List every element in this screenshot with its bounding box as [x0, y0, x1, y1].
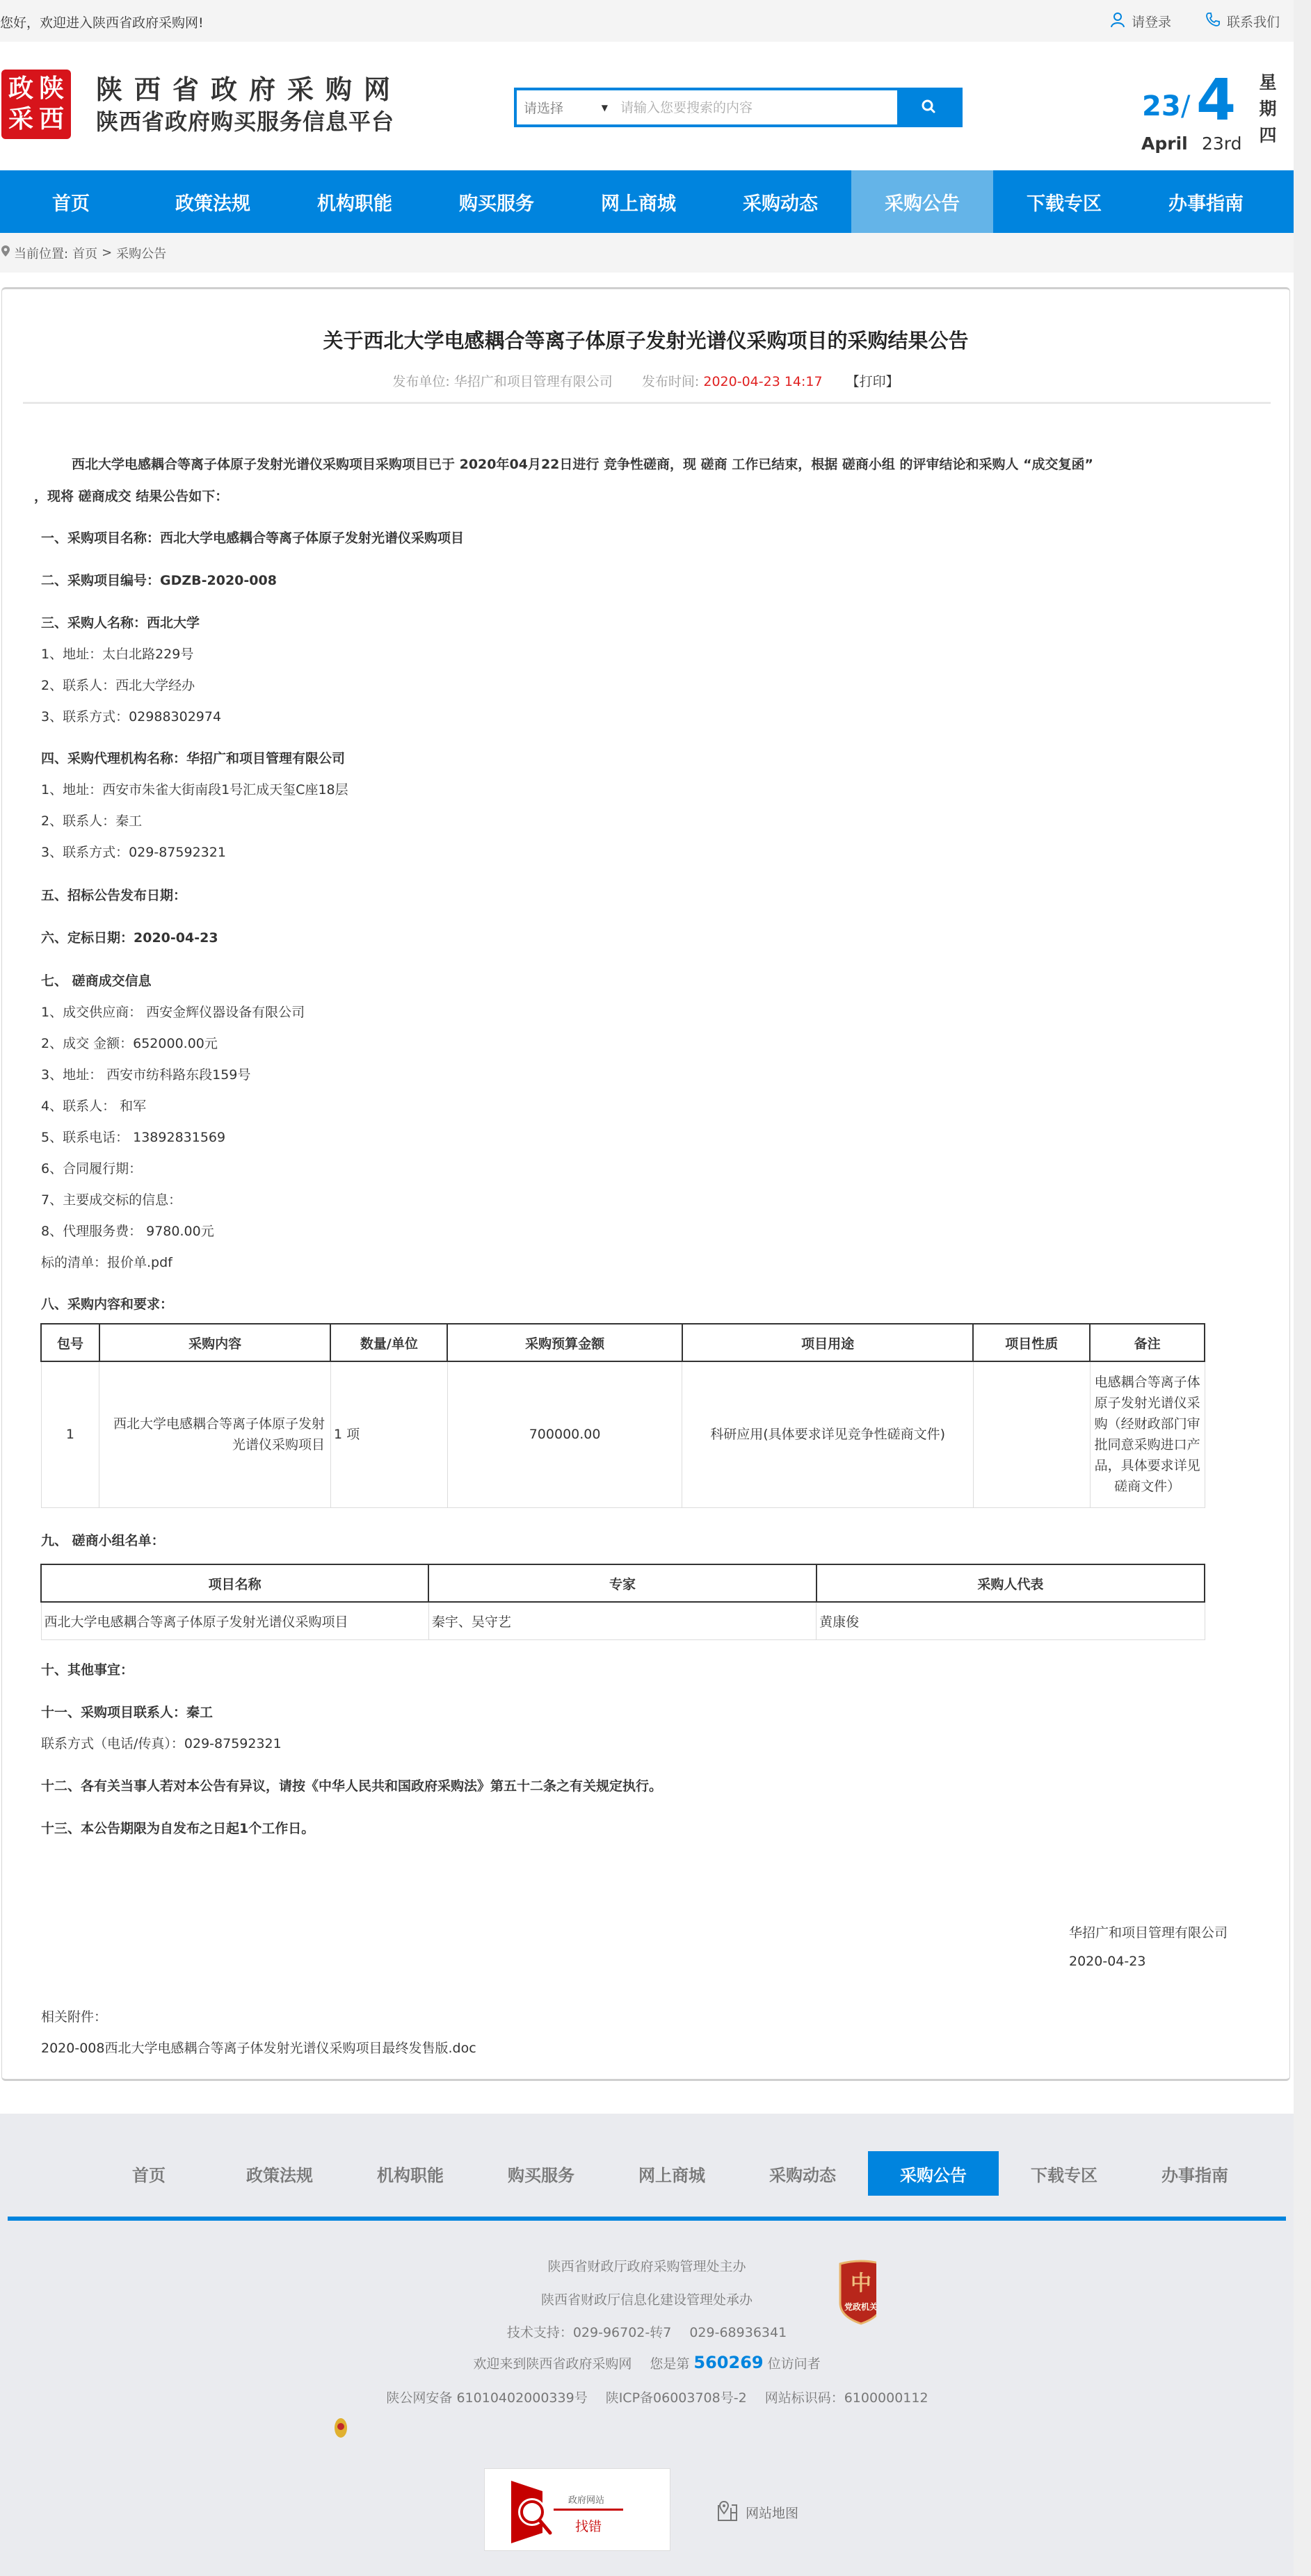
- logo-char: 政: [6, 74, 36, 104]
- tech-phone-1: 029-96702-转7: [573, 2325, 672, 2340]
- column-header: 专家: [428, 1564, 816, 1602]
- title-divider: [23, 402, 1271, 404]
- nav-item-online-mall[interactable]: 网上商城: [568, 170, 709, 233]
- visitor-suffix: 位访问者: [768, 2356, 821, 2372]
- column-header: 采购人代表: [817, 1564, 1205, 1602]
- publish-time-label: 发布时间:: [642, 374, 699, 389]
- section-11-contact: 联系方式（电话/传真）：029-87592321: [41, 1733, 282, 1752]
- section-3-item: 3、联系方式：02988302974: [41, 706, 221, 725]
- cell-project-name: 西北大学电感耦合等离子体原子发射光谱仪采购项目: [41, 1602, 428, 1639]
- footer-nav-announcements[interactable]: 采购公告: [868, 2151, 999, 2196]
- footer-nav-home[interactable]: 首页: [83, 2151, 214, 2196]
- section-7-item: 2、成交 金额：652000.00元: [41, 1033, 218, 1052]
- icp-record[interactable]: 陕ICP备06003708号-2: [606, 2390, 747, 2406]
- column-header: 备注: [1090, 1324, 1205, 1361]
- section-3: 三、采购人名称：西北大学: [41, 613, 200, 631]
- cell-content: 西北大学电感耦合等离子体原子发射光谱仪采购项目: [99, 1361, 331, 1507]
- column-header: 包号: [41, 1324, 99, 1361]
- nav-item-announcements[interactable]: 采购公告: [851, 170, 993, 233]
- sitemap-link[interactable]: 网站地图: [716, 2500, 798, 2525]
- column-header: 数量/单位: [330, 1324, 447, 1361]
- section-13: 十三、本公告期限为自发布之日起1个工作日。: [41, 1818, 314, 1837]
- cell-nature: [973, 1361, 1090, 1507]
- footer-nav-purchase-services[interactable]: 购买服务: [476, 2151, 606, 2196]
- item-list-label: 标的清单：: [41, 1255, 107, 1270]
- contact-link[interactable]: 联系我们: [1205, 11, 1280, 31]
- visitor-count: 560269: [693, 2353, 763, 2372]
- welcome-text: 您好，欢迎进入陕西省政府采购网!: [0, 13, 204, 31]
- footer-nav-downloads[interactable]: 下载专区: [999, 2151, 1129, 2196]
- footer-records: 陕公网安备 61010402000339号陕ICP备06003708号-2网站标…: [0, 2388, 1294, 2406]
- search-icon: [921, 99, 936, 117]
- cell-quantity: 1 项: [330, 1361, 447, 1507]
- tech-phone-2: 029-68936341: [689, 2325, 787, 2340]
- date-day: 23: [1142, 90, 1181, 122]
- signature-date: 2020-04-23: [1069, 1954, 1145, 1969]
- find-error-top: 政府网站: [568, 2493, 604, 2506]
- article-card: 关于西北大学电感耦合等离子体原子发射光谱仪采购项目的采购结果公告 发布单位: 华…: [1, 287, 1290, 2081]
- section-3-item: 1、地址：太白北路229号: [41, 644, 193, 663]
- footer-nav: 首页 政策法规 机构职能 购买服务 网上商城 采购动态 采购公告 下载专区 办事…: [83, 2151, 1260, 2196]
- breadcrumb-prefix: 当前位置:: [14, 244, 68, 262]
- tech-support-label: 技术支持：: [507, 2325, 573, 2340]
- section-4: 四、采购代理机构名称：华招广和项目管理有限公司: [41, 748, 345, 767]
- section-5: 五、招标公告发布日期：: [41, 885, 186, 904]
- intro-line-1: 西北大学电感耦合等离子体原子发射光谱仪采购项目采购项目已于 2020年04月22…: [72, 454, 1093, 473]
- section-4-item: 1、地址：西安市朱雀大街南段1号汇成天玺C座18层: [41, 779, 348, 798]
- weekday-char: 期: [1257, 96, 1278, 122]
- visitor-prefix: 欢迎来到陕西省政府采购网: [473, 2356, 632, 2372]
- footer-operator: 陕西省财政厅信息化建设管理处承办: [0, 2290, 1294, 2308]
- main-nav: 首页 政策法规 机构职能 购买服务 网上商城 采购动态 采购公告 下载专区 办事…: [0, 170, 1294, 233]
- police-badge-icon: [333, 2415, 348, 2440]
- breadcrumb-current[interactable]: 采购公告: [116, 244, 166, 262]
- search-button[interactable]: [897, 90, 960, 124]
- section-7-item: 3、地址： 西安市纺科路东段159号: [41, 1064, 250, 1083]
- breadcrumb-separator: >: [102, 245, 112, 260]
- site-name-secondary: 陕西省政府购买服务信息平台: [96, 106, 402, 137]
- table-row: 1 西北大学电感耦合等离子体原子发射光谱仪采购项目 1 项 700000.00 …: [41, 1361, 1205, 1507]
- date-month-name: April: [1141, 133, 1188, 154]
- footer-nav-online-mall[interactable]: 网上商城: [606, 2151, 737, 2196]
- footer-nav-functions[interactable]: 机构职能: [345, 2151, 476, 2196]
- footer-tech-support: 技术支持：029-96702-转7029-68936341: [0, 2322, 1294, 2341]
- police-record[interactable]: 陕公网安备 61010402000339号: [386, 2390, 587, 2406]
- nav-item-home[interactable]: 首页: [0, 170, 142, 233]
- date-slash: /: [1181, 90, 1190, 122]
- quote-pdf-link[interactable]: 报价单.pdf: [107, 1255, 172, 1270]
- footer-nav-guide[interactable]: 办事指南: [1129, 2151, 1260, 2196]
- section-4-item: 2、联系人：秦工: [41, 811, 142, 829]
- footer-nav-policies[interactable]: 政策法规: [214, 2151, 345, 2196]
- logo-char: 西: [36, 104, 67, 135]
- publisher-label: 发布单位:: [392, 374, 449, 389]
- party-government-emblem-icon[interactable]: 中 党政机关: [835, 2260, 865, 2325]
- section-9: 九、 磋商小组名单：: [41, 1530, 165, 1549]
- column-header: 项目名称: [41, 1564, 428, 1602]
- nav-item-purchase-services[interactable]: 购买服务: [426, 170, 568, 233]
- article-meta: 发布单位: 华招广和项目管理有限公司 发布时间: 2020-04-23 14:1…: [2, 371, 1289, 390]
- nav-item-guide[interactable]: 办事指南: [1135, 170, 1277, 233]
- sitemap-label: 网站地图: [746, 2503, 798, 2522]
- footer-host: 陕西省财政厅政府采购管理处主办: [0, 2256, 1294, 2275]
- site-name-primary: 陕西省政府采购网: [96, 73, 402, 106]
- weekday-char: 四: [1257, 122, 1278, 149]
- phone-icon: [1205, 11, 1221, 31]
- footer: 首页 政策法规 机构职能 购买服务 网上商城 采购动态 采购公告 下载专区 办事…: [0, 2114, 1294, 2576]
- find-error-bottom: 找错: [575, 2516, 602, 2535]
- section-3-item: 2、联系人：西北大学经办: [41, 675, 195, 694]
- cell-remarks: 电感耦合等离子体原子发射光谱仪采购（经财政部门审批同意采购进口产品，具体要求详见…: [1090, 1361, 1205, 1507]
- search-category-value: 请选择: [524, 98, 563, 117]
- section-7-item: 1、成交供应商： 西安金辉仪器设备有限公司: [41, 1002, 305, 1021]
- cell-budget: 700000.00: [447, 1361, 682, 1507]
- section-8: 八、采购内容和要求：: [41, 1294, 173, 1313]
- footer-visitor: 欢迎来到陕西省政府采购网您是第 560269 位访问者: [0, 2353, 1294, 2372]
- publish-time: 2020-04-23 14:17: [703, 374, 822, 389]
- section-11: 十一、采购项目联系人：秦工: [41, 1702, 213, 1721]
- map-icon: [716, 2500, 739, 2525]
- svg-text:中: 中: [851, 2271, 871, 2296]
- nav-item-downloads[interactable]: 下载专区: [993, 170, 1135, 233]
- table-row: 西北大学电感耦合等离子体原子发射光谱仪采购项目 秦宇、吴守艺 黄康俊: [41, 1602, 1205, 1639]
- page-scrollbar[interactable]: [1294, 0, 1311, 2576]
- column-header: 项目性质: [973, 1324, 1090, 1361]
- section-7-item: 6、合同履行期：: [41, 1158, 142, 1177]
- search-input[interactable]: [618, 90, 897, 124]
- breadcrumb: 当前位置: 首页 > 采购公告: [0, 233, 1294, 273]
- column-header: 项目用途: [682, 1324, 973, 1361]
- section-4-item: 3、联系方式：029-87592321: [41, 842, 226, 861]
- item-list: 标的清单：报价单.pdf: [41, 1252, 172, 1271]
- footer-divider: [8, 2217, 1286, 2221]
- nav-item-functions[interactable]: 机构职能: [284, 170, 426, 233]
- breadcrumb-home[interactable]: 首页: [72, 244, 97, 262]
- find-error-bar: [554, 2509, 623, 2511]
- section-7-item: 8、代理服务费： 9780.00元: [41, 1221, 214, 1240]
- date-display: 23 / 4 April 23rd 星 期 四: [1134, 70, 1294, 153]
- section-6: 六、定标日期：2020-04-23: [41, 927, 218, 946]
- svg-text:党政机关: 党政机关: [844, 2301, 876, 2312]
- attachment-link[interactable]: 2020-008西北大学电感耦合等离子体发射光谱仪采购项目最终发售版.doc: [41, 2038, 476, 2057]
- nav-item-procurement-news[interactable]: 采购动态: [709, 170, 851, 233]
- attachments-label: 相关附件：: [41, 2007, 107, 2025]
- page: 您好，欢迎进入陕西省政府采购网! 请登录 联系我们 政 陕 采 西: [0, 0, 1294, 2576]
- cell-package-no: 1: [41, 1361, 99, 1507]
- footer-nav-procurement-news[interactable]: 采购动态: [737, 2151, 868, 2196]
- site-name: 陕西省政府采购网 陕西省政府购买服务信息平台: [96, 73, 402, 137]
- section-1: 一、采购项目名称：西北大学电感耦合等离子体原子发射光谱仪采购项目: [41, 528, 464, 546]
- section-7-item: 5、联系电话： 13892831569: [41, 1127, 225, 1146]
- nav-item-policies[interactable]: 政策法规: [142, 170, 284, 233]
- search-bar: 请选择 ▼: [514, 88, 963, 127]
- print-button[interactable]: 【打印】: [846, 374, 899, 389]
- section-7: 七、 磋商成交信息: [41, 971, 152, 989]
- date-month: 4: [1196, 70, 1236, 132]
- cell-purchaser-rep: 黄康俊: [817, 1602, 1205, 1639]
- cell-purpose: 科研应用(具体要求详见竞争性磋商文件): [682, 1361, 973, 1507]
- search-category-select[interactable]: 请选择 ▼: [517, 90, 618, 124]
- login-link[interactable]: 请登录: [1109, 11, 1171, 31]
- site-logo[interactable]: 政 陕 采 西: [1, 70, 71, 139]
- visitor-mid: 您是第: [650, 2356, 689, 2372]
- column-header: 采购内容: [99, 1324, 331, 1361]
- user-icon: [1109, 11, 1126, 31]
- login-label: 请登录: [1132, 12, 1171, 31]
- contact-label: 联系我们: [1227, 12, 1280, 31]
- table-header-row: 包号 采购内容 数量/单位 采购预算金额 项目用途 项目性质 备注: [41, 1324, 1205, 1361]
- panel-table: 项目名称 专家 采购人代表 西北大学电感耦合等离子体原子发射光谱仪采购项目 秦宇…: [40, 1564, 1205, 1640]
- weekday-char: 星: [1257, 70, 1278, 96]
- signature-company: 华招广和项目管理有限公司: [1069, 1922, 1228, 1941]
- date-day-name: 23rd: [1202, 133, 1242, 154]
- publisher: 华招广和项目管理有限公司: [454, 374, 613, 389]
- procurement-table: 包号 采购内容 数量/单位 采购预算金额 项目用途 项目性质 备注 1 西北大学…: [40, 1323, 1205, 1508]
- column-header: 采购预算金额: [447, 1324, 682, 1361]
- table-header-row: 项目名称 专家 采购人代表: [41, 1564, 1205, 1602]
- location-pin-icon: [1, 245, 10, 260]
- top-links: 请登录 联系我们: [1109, 11, 1280, 31]
- section-7-item: 7、主要成交标的信息：: [41, 1190, 182, 1208]
- article-title: 关于西北大学电感耦合等离子体原子发射光谱仪采购项目的采购结果公告: [2, 325, 1289, 354]
- section-12: 十二、各有关当事人若对本公告有异议，请按《中华人民共和国政府采购法》第五十二条之…: [41, 1776, 662, 1795]
- section-7-item: 4、联系人： 和军: [41, 1096, 146, 1115]
- site-code: 网站标识码：6100000112: [765, 2390, 928, 2406]
- section-10: 十、其他事宜：: [41, 1660, 134, 1678]
- logo-char: 陕: [36, 74, 67, 104]
- top-bar: 您好，欢迎进入陕西省政府采购网! 请登录 联系我们: [0, 0, 1294, 42]
- cell-experts: 秦宇、吴守艺: [428, 1602, 816, 1639]
- section-2: 二、采购项目编号：GDZB-2020-008: [41, 570, 277, 589]
- logo-char: 采: [6, 104, 36, 135]
- find-error-button[interactable]: 政府网站 找错: [484, 2468, 670, 2551]
- chevron-down-icon: ▼: [602, 103, 608, 113]
- date-weekday: 星 期 四: [1257, 70, 1278, 149]
- intro-line-2: ，现将 磋商成交 结果公告如下：: [34, 486, 228, 505]
